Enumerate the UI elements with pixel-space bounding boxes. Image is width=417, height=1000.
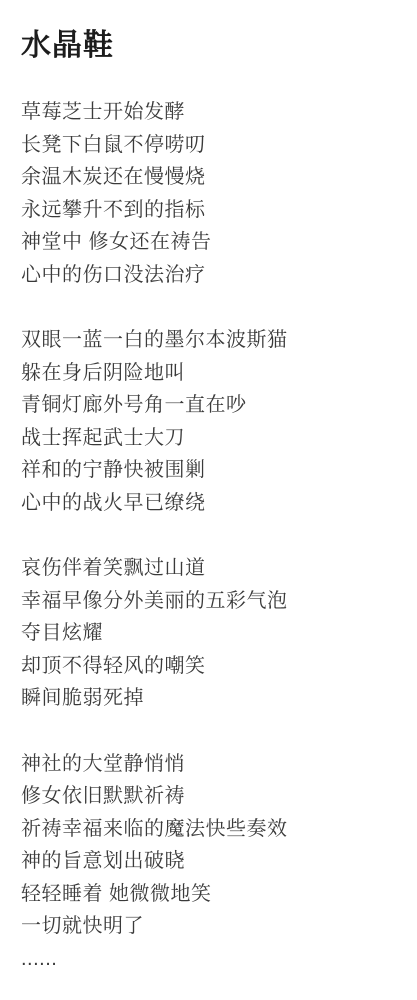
lyric-line: 哀伤伴着笑飘过山道	[21, 552, 397, 585]
stanza: 神社的大堂静悄悄修女依旧默默祈祷祈祷幸福来临的魔法快些奏效神的旨意划出破晓轻轻睡…	[21, 748, 397, 976]
page-title: 水晶鞋	[21, 28, 397, 64]
lyric-line: 躲在身后阴险地叫	[21, 357, 397, 390]
lyric-line: 神社的大堂静悄悄	[21, 748, 397, 781]
stanza: 双眼一蓝一白的墨尔本波斯猫躲在身后阴险地叫青铜灯廊外号角一直在吵战士挥起武士大刀…	[21, 324, 397, 519]
stanza: 草莓芝士开始发酵长凳下白鼠不停唠叨余温木炭还在慢慢烧永远攀升不到的指标神堂中 修…	[21, 96, 397, 291]
lyric-line: ......	[21, 943, 397, 976]
lyric-line: 永远攀升不到的指标	[21, 194, 397, 227]
lyric-line: 却顶不得轻风的嘲笑	[21, 650, 397, 683]
lyric-line: 祈祷幸福来临的魔法快些奏效	[21, 813, 397, 846]
lyrics-body: 草莓芝士开始发酵长凳下白鼠不停唠叨余温木炭还在慢慢烧永远攀升不到的指标神堂中 修…	[21, 96, 397, 975]
lyric-line: 幸福早像分外美丽的五彩气泡	[21, 585, 397, 618]
stanza: 哀伤伴着笑飘过山道幸福早像分外美丽的五彩气泡夺目炫耀却顶不得轻风的嘲笑瞬间脆弱死…	[21, 552, 397, 715]
lyric-line: 夺目炫耀	[21, 617, 397, 650]
lyric-line: 祥和的宁静快被围剿	[21, 454, 397, 487]
lyric-line: 余温木炭还在慢慢烧	[21, 161, 397, 194]
lyric-line: 青铜灯廊外号角一直在吵	[21, 389, 397, 422]
lyric-line: 神的旨意划出破晓	[21, 845, 397, 878]
lyric-line: 战士挥起武士大刀	[21, 422, 397, 455]
lyric-line: 轻轻睡着 她微微地笑	[21, 878, 397, 911]
lyric-line: 心中的伤口没法治疗	[21, 259, 397, 292]
lyric-line: 修女依旧默默祈祷	[21, 780, 397, 813]
lyrics-page: 水晶鞋 草莓芝士开始发酵长凳下白鼠不停唠叨余温木炭还在慢慢烧永远攀升不到的指标神…	[0, 0, 417, 1000]
lyric-line: 长凳下白鼠不停唠叨	[21, 129, 397, 162]
lyric-line: 一切就快明了	[21, 910, 397, 943]
lyric-line: 神堂中 修女还在祷告	[21, 226, 397, 259]
lyric-line: 草莓芝士开始发酵	[21, 96, 397, 129]
lyric-line: 瞬间脆弱死掉	[21, 682, 397, 715]
lyric-line: 双眼一蓝一白的墨尔本波斯猫	[21, 324, 397, 357]
lyric-line: 心中的战火早已缭绕	[21, 487, 397, 520]
